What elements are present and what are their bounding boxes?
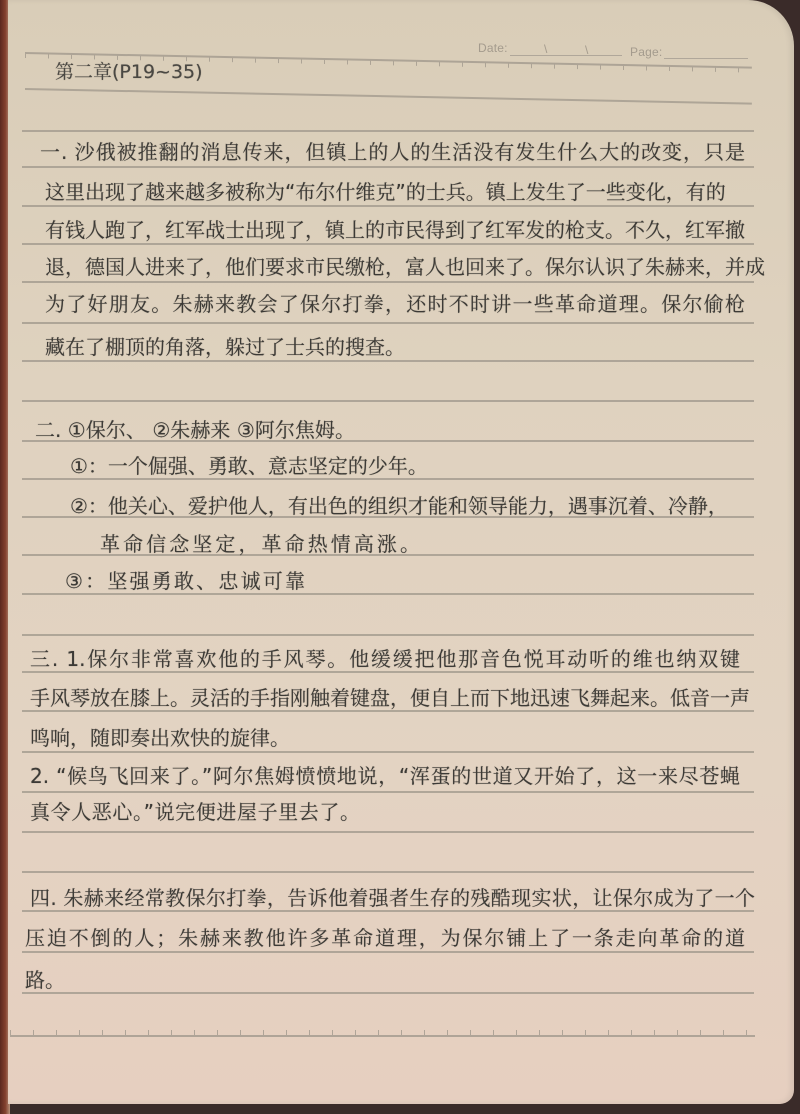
ruled-line [22, 831, 754, 833]
note-line: 二. ①保尔、 ②朱赫来 ③阿尔焦姆。 [35, 416, 355, 444]
note-line: 压迫不倒的人；朱赫来教他许多革命道理，为保尔铺上了一条走向革命的道 [25, 924, 745, 952]
ruled-line [22, 992, 754, 994]
note-line: 路。 [25, 966, 57, 994]
note-line: 鸣响，随即奏出欢快的旋律。 [30, 724, 270, 752]
date-label: Date: [478, 41, 508, 55]
note-line: 手风琴放在膝上。灵活的手指刚触着键盘，便自上而下地迅速飞舞起来。低音一声 [30, 684, 730, 712]
page-field-line [664, 58, 748, 59]
ruled-line [22, 791, 754, 793]
ruled-line [22, 634, 754, 636]
note-line: 三. 1.保尔非常喜欢他的手风琴。他缓缓把他那音色悦耳动听的维也纳双键 [30, 645, 740, 673]
note-line: 一. 沙俄被推翻的消息传来，但镇上的人的生活没有发生什么大的改变，只是 [40, 138, 745, 166]
date-separator: \ [544, 42, 547, 56]
note-line: 有钱人跑了，红军战士出现了，镇上的市民得到了红军发的枪支。不久，红军撤 [45, 216, 745, 244]
note-line: ③：坚强勇敢、忠诚可靠 [65, 567, 305, 595]
note-line: 四. 朱赫来经常教保尔打拳，告诉他着强者生存的残酷现实状，让保尔成为了一个 [30, 884, 755, 912]
note-line: 退，德国人进来了，他们要求市民缴枪，富人也回来了。保尔认识了朱赫来，并成 [45, 253, 745, 281]
ruled-line [22, 400, 754, 402]
ruled-line [22, 281, 754, 283]
note-line: 藏在了棚顶的角落，躲过了士兵的搜查。 [45, 333, 400, 361]
note-line: ①：一个倔强、勇敢、意志坚定的少年。 [70, 452, 400, 480]
note-line: 为了好朋友。朱赫来教会了保尔打拳，还时不时讲一些革命道理。保尔偷枪 [45, 290, 745, 318]
date-separator: \ [585, 43, 588, 57]
note-line: 革命信念坚定，革命热情高涨。 [100, 530, 420, 558]
note-line: 2. “候鸟飞回来了。”阿尔焦姆愤愤地说，“浑蛋的世道又开始了，这一来尽苍蝇 [30, 762, 740, 790]
ruled-line [22, 130, 754, 132]
ruled-line [22, 871, 754, 873]
ruled-line [22, 166, 754, 168]
date-field-line [510, 55, 622, 56]
ruled-line [22, 322, 754, 324]
page-label: Page: [630, 45, 662, 59]
ruler-line [10, 1035, 755, 1037]
chapter-title: 第二章(P19~35) [55, 58, 195, 86]
note-line: ②：他关心、爱护他人，有出色的组织才能和领导能力，遇事沉着、冷静， [70, 492, 700, 520]
note-line: 真令人恶心。”说完便进屋子里去了。 [30, 798, 360, 826]
note-line: 这里出现了越来越多被称为“布尔什维克”的士兵。镇上发生了一些变化，有的 [45, 178, 715, 206]
